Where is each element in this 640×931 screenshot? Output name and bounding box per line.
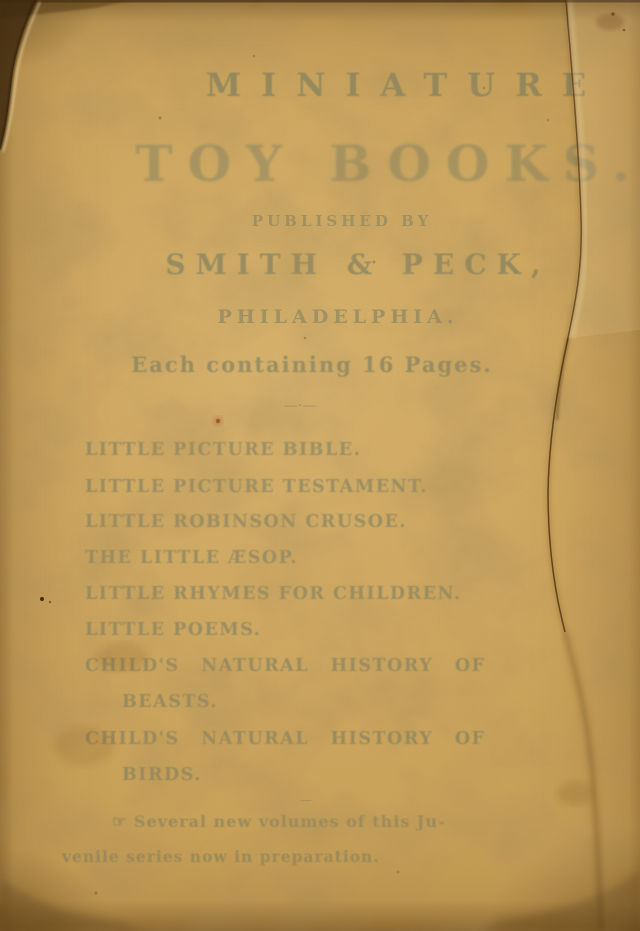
page-top-edge-shadow <box>0 0 130 18</box>
list-item: CHILD'S NATURAL HISTORY OF <box>85 656 486 676</box>
notice-line: ☞ Several new volumes of this Ju- <box>112 812 446 831</box>
list-item: LITTLE PICTURE BIBLE. <box>85 440 361 460</box>
list-item-continuation: BIRDS. <box>122 765 202 785</box>
list-item-continuation: BEASTS. <box>122 692 218 712</box>
divider-ornament: — <box>300 793 312 807</box>
series-title-text: MINIATURE <box>86 66 640 104</box>
notice-line: venile series now in preparation. <box>62 847 380 866</box>
scanned-book-page: MINIATURE TOY BOOKS. PUBLISHED BY SMITH … <box>0 0 640 931</box>
torn-corner <box>0 0 40 152</box>
list-item: LITTLE ROBINSON CRUSOE. <box>85 512 407 532</box>
list-item: LITTLE PICTURE TESTAMENT. <box>85 477 428 497</box>
publisher-name-text: SMITH & PECK, <box>38 248 640 281</box>
published-by-label: PUBLISHED BY <box>22 212 640 230</box>
list-item: CHILD'S NATURAL HISTORY OF <box>85 729 486 749</box>
main-title-text: TOY BOOKS. <box>70 134 640 193</box>
subtitle-text: Each containing 16 Pages. <box>0 352 632 377</box>
list-item: THE LITTLE ÆSOP. <box>85 548 298 568</box>
list-item: LITTLE RHYMES FOR CHILDREN. <box>85 584 461 604</box>
list-item: LITTLE POEMS. <box>85 620 261 640</box>
publisher-city-text: PHILADELPHIA. <box>18 306 640 328</box>
page-top-edge <box>0 0 640 3</box>
divider-ornament: —·— <box>0 398 620 414</box>
